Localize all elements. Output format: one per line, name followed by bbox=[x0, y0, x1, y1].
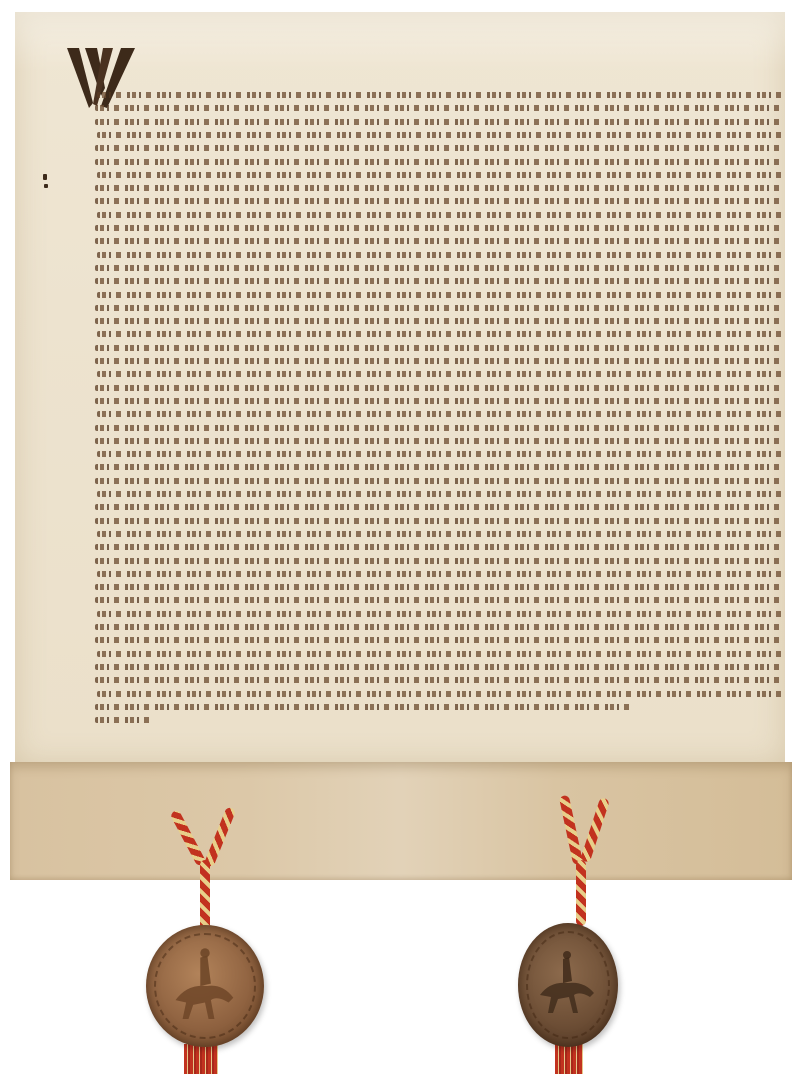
handwritten-text-line bbox=[95, 358, 785, 364]
handwritten-text-line bbox=[95, 677, 785, 683]
seal-cord-right bbox=[576, 860, 586, 926]
handwritten-text-line bbox=[95, 198, 785, 204]
handwritten-text-line bbox=[97, 571, 787, 577]
handwritten-text-line bbox=[95, 398, 785, 404]
handwritten-text-line bbox=[95, 597, 785, 603]
handwritten-text-line bbox=[97, 132, 787, 138]
handwritten-text-line bbox=[95, 238, 785, 244]
handwritten-text-line bbox=[95, 664, 785, 670]
handwritten-text-line bbox=[95, 105, 785, 111]
handwritten-text-line bbox=[97, 531, 787, 537]
handwritten-text-line bbox=[95, 717, 155, 723]
handwritten-text-line bbox=[97, 491, 787, 497]
handwritten-text-line bbox=[97, 451, 787, 457]
handwritten-text-line bbox=[95, 584, 785, 590]
handwritten-text-line bbox=[97, 292, 787, 298]
seal-cord-left bbox=[200, 860, 210, 930]
handwritten-text-line bbox=[97, 92, 787, 98]
handwritten-text-line bbox=[95, 345, 785, 351]
handwritten-text-line bbox=[95, 318, 785, 324]
wax-seal-right bbox=[518, 923, 618, 1047]
handwritten-text-line bbox=[97, 651, 787, 657]
handwritten-text-line bbox=[95, 464, 785, 470]
handwritten-text-line bbox=[95, 518, 785, 524]
handwritten-text-line bbox=[95, 265, 785, 271]
handwritten-text-line bbox=[97, 331, 787, 337]
margin-mark bbox=[44, 184, 48, 188]
equestrian-figure-icon bbox=[146, 925, 264, 1047]
handwritten-text-line bbox=[95, 637, 785, 643]
handwritten-text-line bbox=[95, 278, 785, 284]
handwritten-text-line bbox=[95, 558, 785, 564]
handwritten-text-line bbox=[95, 225, 785, 231]
handwritten-text-line bbox=[97, 252, 787, 258]
handwritten-text-line bbox=[95, 159, 785, 165]
handwritten-text-line bbox=[97, 172, 787, 178]
parchment-sheet bbox=[15, 12, 785, 764]
handwritten-text-line bbox=[95, 385, 785, 391]
handwritten-text-line bbox=[95, 504, 785, 510]
handwritten-text-line bbox=[95, 305, 785, 311]
handwritten-text-line bbox=[95, 438, 785, 444]
margin-mark bbox=[43, 174, 47, 180]
handwritten-text-line bbox=[95, 145, 785, 151]
handwritten-text-line bbox=[95, 119, 785, 125]
handwritten-text-line bbox=[95, 704, 635, 710]
parchment-fold-plica bbox=[10, 762, 792, 880]
handwritten-text-line bbox=[97, 371, 787, 377]
handwritten-text-line bbox=[95, 185, 785, 191]
handwritten-text-line bbox=[97, 212, 787, 218]
handwritten-text-line bbox=[97, 691, 787, 697]
handwritten-text-line bbox=[97, 411, 787, 417]
wax-seal-left bbox=[146, 925, 264, 1047]
handwritten-text-line bbox=[95, 624, 785, 630]
handwritten-text-line bbox=[95, 478, 785, 484]
handwritten-text-line bbox=[95, 544, 785, 550]
handwritten-text-line bbox=[97, 611, 787, 617]
tassel-left bbox=[184, 1044, 218, 1074]
handwritten-text-line bbox=[95, 425, 785, 431]
equestrian-figure-icon bbox=[518, 923, 618, 1047]
tassel-right bbox=[555, 1044, 583, 1074]
charter-text-block bbox=[95, 92, 785, 742]
